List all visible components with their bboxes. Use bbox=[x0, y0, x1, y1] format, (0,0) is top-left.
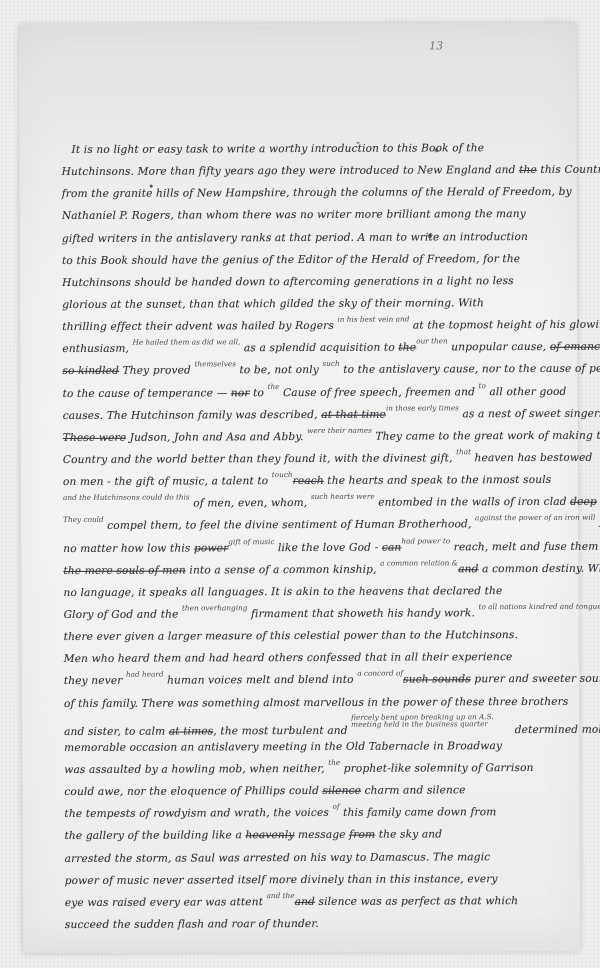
handwritten-text: like the love God - bbox=[274, 541, 381, 553]
struck-text: can bbox=[382, 541, 402, 553]
handwritten-text: It is no light or easy task to write a w… bbox=[71, 142, 484, 156]
manuscript-line: to the cause of temperance — nor to the … bbox=[63, 380, 568, 404]
handwritten-text: could awe, nor the eloquence of Phillips… bbox=[64, 785, 322, 798]
handwritten-text: the tempests of rowdyism and wrath, the … bbox=[64, 807, 332, 820]
handwritten-text: thrilling effect their advent was hailed… bbox=[62, 320, 337, 333]
handwritten-text: purer and sweeter sounds than those bbox=[471, 673, 600, 686]
inserted-text: had heard bbox=[126, 671, 164, 678]
handwritten-text: Cause of free speech, freemen and bbox=[279, 386, 478, 399]
handwritten-text: eye was raised every ear was attent bbox=[65, 896, 267, 909]
manuscript-line: and sister, to calm at times, the most t… bbox=[64, 712, 569, 736]
handwritten-text: determined mob. On one bbox=[511, 723, 600, 736]
handwritten-text: message bbox=[295, 829, 350, 841]
manuscript-line: from the granite hills of New Hampshire,… bbox=[62, 181, 567, 205]
struck-text: so kindled bbox=[62, 365, 119, 377]
inserted-text: then overhanging bbox=[182, 604, 247, 611]
inserted-text: He hailed them as did we all, bbox=[133, 339, 241, 346]
scan-background: { "page": { "number": "13" }, "manuscrip… bbox=[0, 0, 600, 968]
manuscript-line: the mere souls of men into a sense of a … bbox=[63, 557, 568, 581]
manuscript-line: to this Book should have the genius of t… bbox=[62, 248, 567, 272]
handwritten-text: all other good bbox=[486, 385, 567, 397]
handwritten-text: charm and silence bbox=[361, 784, 465, 796]
struck-text: such sounds bbox=[403, 674, 471, 686]
handwritten-text: memorable occasion an antislavery meetin… bbox=[64, 740, 502, 754]
handwritten-text: of men, even, whom, bbox=[190, 497, 311, 510]
inserted-text: that bbox=[456, 448, 471, 455]
handwritten-text: silence was as perfect as that which bbox=[315, 895, 518, 908]
struck-text: These were bbox=[63, 432, 126, 444]
handwritten-text: into a sense of a common kinship, bbox=[186, 563, 380, 576]
manuscript-line: They could compel them, to feel the divi… bbox=[63, 513, 568, 537]
handwritten-text: glorious at the sunset, than that which … bbox=[62, 297, 484, 311]
handwritten-text: succeed the sudden flash and roar of thu… bbox=[65, 918, 319, 931]
handwritten-text: no language, it speaks all languages. It… bbox=[63, 585, 502, 599]
handwritten-text: Country and the world better than they f… bbox=[63, 452, 456, 466]
handwritten-text: human voices melt and blend into bbox=[164, 674, 358, 687]
inserted-text: and the bbox=[267, 892, 295, 899]
inserted-text: themselves bbox=[194, 361, 235, 368]
manuscript-line: Hutchinsons should be handed down to aft… bbox=[62, 270, 567, 294]
manuscript-line: was assaulted by a howling mob, when nei… bbox=[64, 757, 569, 781]
inserted-text: in those early times bbox=[386, 404, 459, 411]
handwritten-text: of this family. There was something almo… bbox=[64, 695, 569, 709]
manuscript-line: eye was raised every ear was attent and … bbox=[65, 890, 570, 914]
manuscript-line: enthusiasm, He hailed them as did we all… bbox=[62, 336, 567, 360]
struck-text: reach bbox=[293, 475, 324, 487]
manuscript-line: could awe, nor the eloquence of Phillips… bbox=[64, 779, 569, 803]
inserted-text: such hearts were bbox=[311, 493, 375, 500]
handwritten-text: to be, not only bbox=[236, 364, 323, 376]
manuscript-line: Nathaniel P. Rogers, than whom there was… bbox=[62, 203, 567, 227]
handwritten-text: power of music never asserted itself mor… bbox=[65, 873, 498, 887]
struck-text: at that time bbox=[321, 408, 386, 420]
handwritten-text: prophet-like solemnity of Garrison bbox=[340, 762, 533, 775]
manuscript-text: It is no light or easy task to write a w… bbox=[61, 137, 569, 936]
struck-text: heavenly bbox=[245, 829, 294, 841]
manuscript-line: so kindled They proved themselves to be,… bbox=[62, 358, 567, 382]
handwritten-text: there ever given a larger measure of thi… bbox=[64, 629, 518, 643]
handwritten-text: was assaulted by a howling mob, when nei… bbox=[64, 763, 328, 776]
handwritten-text: to the cause of temperance — bbox=[63, 387, 231, 400]
handwritten-text: Hutchinsons should be handed down to aft… bbox=[62, 275, 514, 289]
handwritten-text: at the topmost height of his glowing bbox=[409, 319, 600, 332]
handwritten-text: reach, melt and fuse them bbox=[450, 540, 598, 553]
manuscript-line: the gallery of the building like a heave… bbox=[64, 823, 569, 847]
manuscript-page: 13 It is no light or easy task to write … bbox=[19, 23, 580, 953]
manuscript-line: causes. The Hutchinson family was descri… bbox=[63, 403, 568, 427]
manuscript-line: on men - the gift of music, a talent to … bbox=[63, 469, 568, 493]
manuscript-line: no matter how low this powergift of musi… bbox=[63, 535, 568, 559]
struck-text: deep bbox=[570, 496, 597, 508]
handwritten-text: firmament that showeth his handy work. bbox=[247, 607, 478, 620]
manuscript-line: gifted writers in the antislavery ranks … bbox=[62, 225, 567, 249]
manuscript-line: succeed the sudden flash and roar of thu… bbox=[65, 912, 570, 936]
manuscript-line: power of music never asserted itself mor… bbox=[65, 867, 570, 891]
inserted-text: to all nations kindred and tongues bbox=[478, 603, 600, 611]
handwritten-text: from the granite hills of New Hampshire,… bbox=[62, 186, 572, 200]
handwritten-text: Nathaniel P. Rogers, than whom there was… bbox=[62, 208, 526, 222]
handwritten-text: this Country bbox=[537, 164, 600, 176]
inserted-text: They could bbox=[63, 516, 104, 523]
inserted-text: touch bbox=[272, 471, 293, 478]
handwritten-text: no matter how low this bbox=[63, 542, 194, 555]
manuscript-line: and the Hutchinsons could do this of men… bbox=[63, 491, 568, 515]
page-number: 13 bbox=[429, 39, 443, 52]
handwritten-text: to the antislavery cause, nor to the cau… bbox=[340, 363, 600, 376]
handwritten-text: arrested the storm, as Saul was arrested… bbox=[65, 851, 491, 865]
handwritten-text: Judson, John and Asa and Abby. bbox=[126, 431, 307, 444]
manuscript-line: the tempests of rowdyism and wrath, the … bbox=[64, 801, 569, 825]
handwritten-text: to bbox=[250, 387, 268, 399]
struck-text: and bbox=[458, 563, 478, 575]
inserted-text: a concord of bbox=[357, 670, 403, 677]
handwritten-text: Men who heard them and had heard others … bbox=[64, 651, 513, 665]
handwritten-text: the gallery of the building like a bbox=[64, 830, 245, 843]
manuscript-line: These were Judson, John and Asa and Abby… bbox=[63, 425, 568, 449]
inserted-text: the bbox=[267, 383, 279, 390]
handwritten-text: the sky and bbox=[375, 829, 442, 841]
struck-text: and bbox=[295, 896, 315, 908]
handwritten-text: as a splendid acquisition to bbox=[240, 342, 398, 355]
handwritten-text: heaven has bestowed bbox=[471, 452, 592, 465]
inserted-text: were their names bbox=[307, 427, 372, 434]
manuscript-line: Country and the world better than they f… bbox=[63, 447, 568, 471]
inserted-text: against the power of an iron will bbox=[475, 514, 595, 522]
handwritten-text: They proved bbox=[119, 365, 195, 377]
inserted-text: gift of music bbox=[228, 538, 274, 545]
handwritten-text: unpopular cause, bbox=[448, 341, 550, 353]
struck-text: the mere souls of men bbox=[63, 564, 186, 577]
handwritten-text: Hutchinsons. More than fifty years ago t… bbox=[62, 164, 520, 178]
inserted-text: a common relation & bbox=[380, 559, 458, 566]
handwritten-text: entombed in the walls of iron clad bbox=[375, 496, 571, 509]
inserted-text: had power to bbox=[401, 537, 450, 544]
manuscript-line: memorable occasion an antislavery meetin… bbox=[64, 735, 569, 759]
handwritten-text: No matter how high bbox=[595, 518, 600, 530]
handwritten-text: on men - the gift of music, a talent to bbox=[63, 475, 272, 488]
handwritten-text: causes. The Hutchinson family was descri… bbox=[63, 409, 322, 422]
manuscript-line: there ever given a larger measure of thi… bbox=[64, 624, 569, 648]
handwritten-text: compel them, to feel the divine sentimen… bbox=[104, 519, 475, 533]
manuscript-line: thrilling effect their advent was hailed… bbox=[62, 314, 567, 338]
manuscript-line: Glory of God and the then overhanging fi… bbox=[64, 602, 569, 626]
inserted-text: the bbox=[328, 759, 340, 766]
struck-text: of emancipation, and bbox=[550, 341, 600, 354]
manuscript-line: Men who heard them and had heard others … bbox=[64, 646, 569, 670]
inserted-text: and the Hutchinsons could do this bbox=[63, 494, 190, 502]
inserted-text: such bbox=[322, 360, 339, 367]
handwritten-text: to this Book should have the genius of t… bbox=[62, 253, 520, 267]
handwritten-text: a common destiny. While speaking bbox=[479, 562, 600, 575]
handwritten-text: this family came down from bbox=[340, 806, 497, 819]
inserted-text: our then bbox=[416, 338, 448, 345]
handwritten-text: They came to the great work of making th… bbox=[372, 429, 600, 442]
manuscript-line: glorious at the sunset, than that which … bbox=[62, 292, 567, 316]
manuscript-line: they never had heard human voices melt a… bbox=[64, 668, 569, 692]
manuscript-line: Hutchinsons. More than fifty years ago t… bbox=[62, 159, 567, 183]
inserted-text: fiercely bent upon breaking up an A.S. m… bbox=[351, 713, 511, 728]
manuscript-line: no language, it speaks all languages. It… bbox=[63, 580, 568, 604]
struck-text: the bbox=[519, 164, 537, 176]
struck-text: silence bbox=[322, 785, 361, 797]
manuscript-line: It is no light or easy task to write a w… bbox=[61, 137, 566, 161]
manuscript-line: arrested the storm, as Saul was arrested… bbox=[65, 845, 570, 869]
handwritten-text: gifted writers in the antislavery ranks … bbox=[62, 231, 528, 245]
handwritten-text: the hearts and speak to the inmost souls bbox=[324, 474, 552, 487]
struck-text: the bbox=[398, 342, 416, 354]
struck-text: from bbox=[349, 829, 375, 841]
struck-text: power bbox=[194, 542, 228, 554]
manuscript-line: of this family. There was something almo… bbox=[64, 690, 569, 714]
struck-text: nor bbox=[231, 387, 250, 399]
handwritten-text: as a nest of sweet singers with a sister… bbox=[459, 407, 600, 420]
handwritten-text: they never bbox=[64, 675, 126, 687]
inserted-text: in his best vein and bbox=[337, 316, 409, 323]
handwritten-text: Glory of God and the bbox=[64, 608, 183, 621]
handwritten-text: enthusiasm, bbox=[62, 343, 132, 355]
